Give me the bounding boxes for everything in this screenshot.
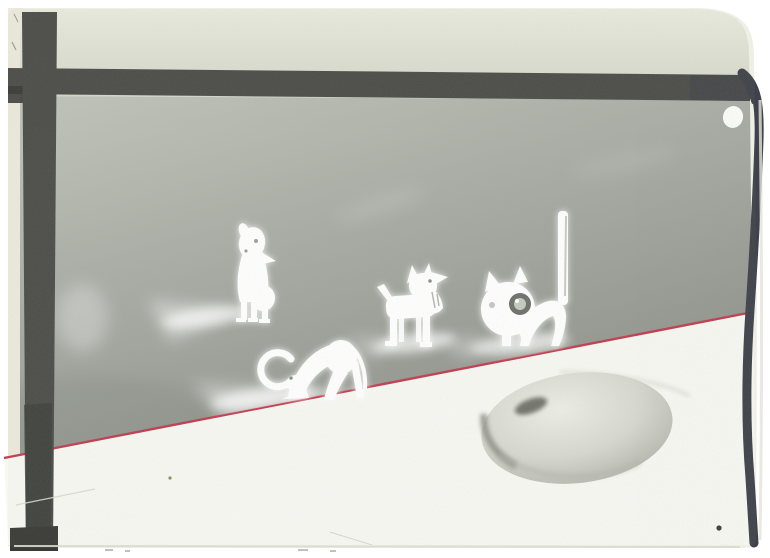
bottom-edge-dash (105, 549, 113, 551)
bottom-edge-dash (330, 550, 336, 552)
bottom-edge-dash (298, 549, 308, 551)
negative-photo-scan (0, 0, 770, 558)
photo-canvas (0, 0, 770, 558)
bottom-edge-dash (125, 550, 130, 552)
right-edge-shadow (760, 100, 762, 540)
film-grain (8, 6, 758, 549)
